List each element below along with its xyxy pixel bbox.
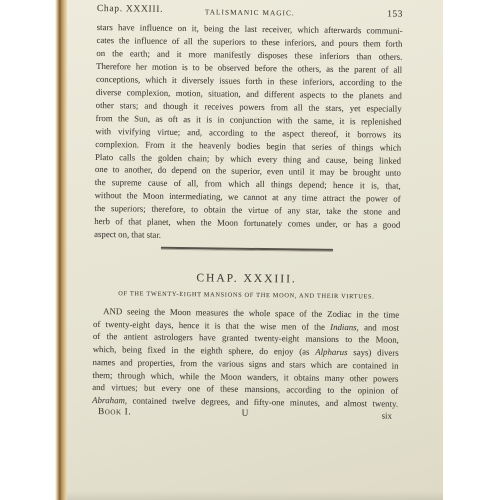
page-footer: Book I. U six bbox=[92, 407, 398, 425]
page-number: 153 bbox=[387, 10, 403, 20]
section-divider-rule bbox=[161, 247, 333, 252]
body-paragraph-1: stars have influence on it, being the la… bbox=[94, 21, 403, 245]
book-page: Chap. XXXIII. TALISMANIC MAGIC. 153 star… bbox=[67, 0, 443, 500]
book-photo: Chap. XXXIII. TALISMANIC MAGIC. 153 star… bbox=[0, 0, 500, 500]
running-head: Chap. XXXIII. TALISMANIC MAGIC. 153 bbox=[97, 4, 403, 23]
catchword: six bbox=[382, 411, 392, 421]
body-paragraph-2: AND seeing the Moon measures the whole s… bbox=[92, 305, 399, 410]
running-head-title: TALISMANIC MAGIC. bbox=[97, 7, 403, 19]
chapter-heading: CHAP. XXXIII. bbox=[94, 271, 400, 287]
page-content: Chap. XXXIII. TALISMANIC MAGIC. 153 star… bbox=[91, 0, 403, 500]
chapter-subheading: OF THE TWENTY-EIGHT MANSIONS OF THE MOON… bbox=[93, 290, 399, 301]
